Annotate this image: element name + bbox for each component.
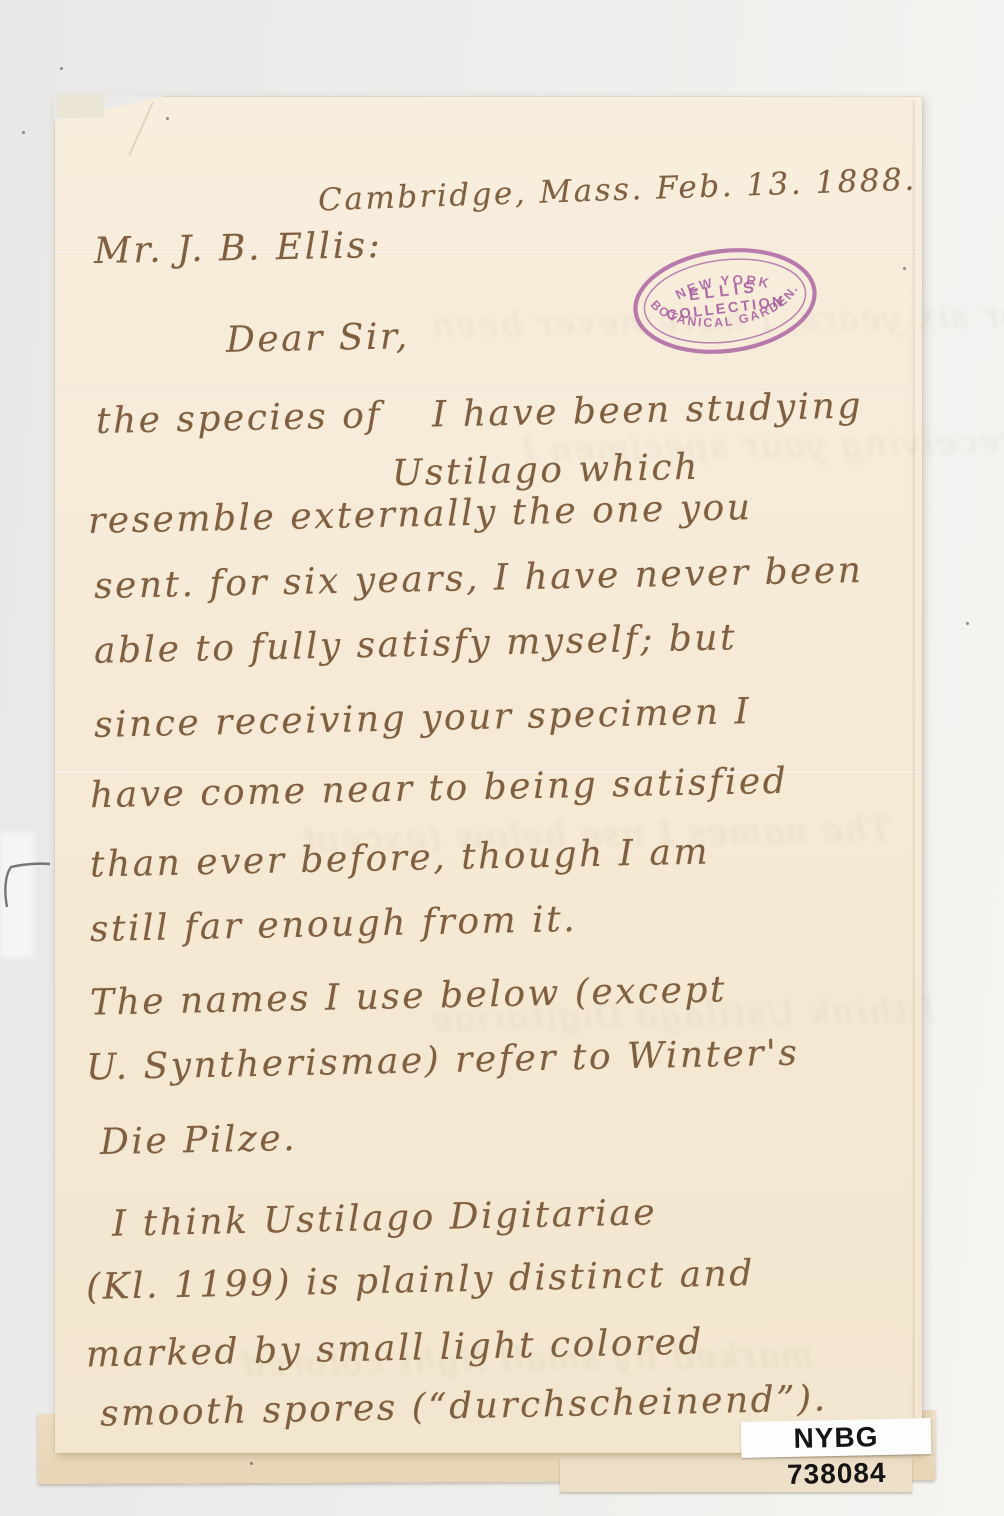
- paper-speck: [966, 622, 969, 625]
- handwritten-line: Ustilago which: [392, 447, 701, 494]
- wire-artifact: [0, 845, 60, 915]
- paper-speck: [166, 117, 169, 120]
- ellis-collection-stamp: NEW YORK ELLIS COLLECTION BOTANICAL GARD…: [624, 236, 826, 366]
- paper-speck: [60, 67, 63, 70]
- handwritten-line: the species of: [96, 395, 383, 442]
- paper-speck: [903, 267, 906, 270]
- tape-fragment: [56, 88, 105, 119]
- scanned-letter-page: sent. for six years, I have never been s…: [0, 0, 1004, 1516]
- salutation-line: Dear Sir,: [226, 316, 410, 361]
- recipient-line: Mr. J. B. Ellis:: [94, 225, 383, 272]
- paper-speck: [22, 131, 25, 134]
- handwritten-line: Die Pilze.: [100, 1118, 298, 1163]
- nybg-accession-label: NYBG 738084: [741, 1418, 932, 1458]
- paper-speck: [250, 1462, 253, 1465]
